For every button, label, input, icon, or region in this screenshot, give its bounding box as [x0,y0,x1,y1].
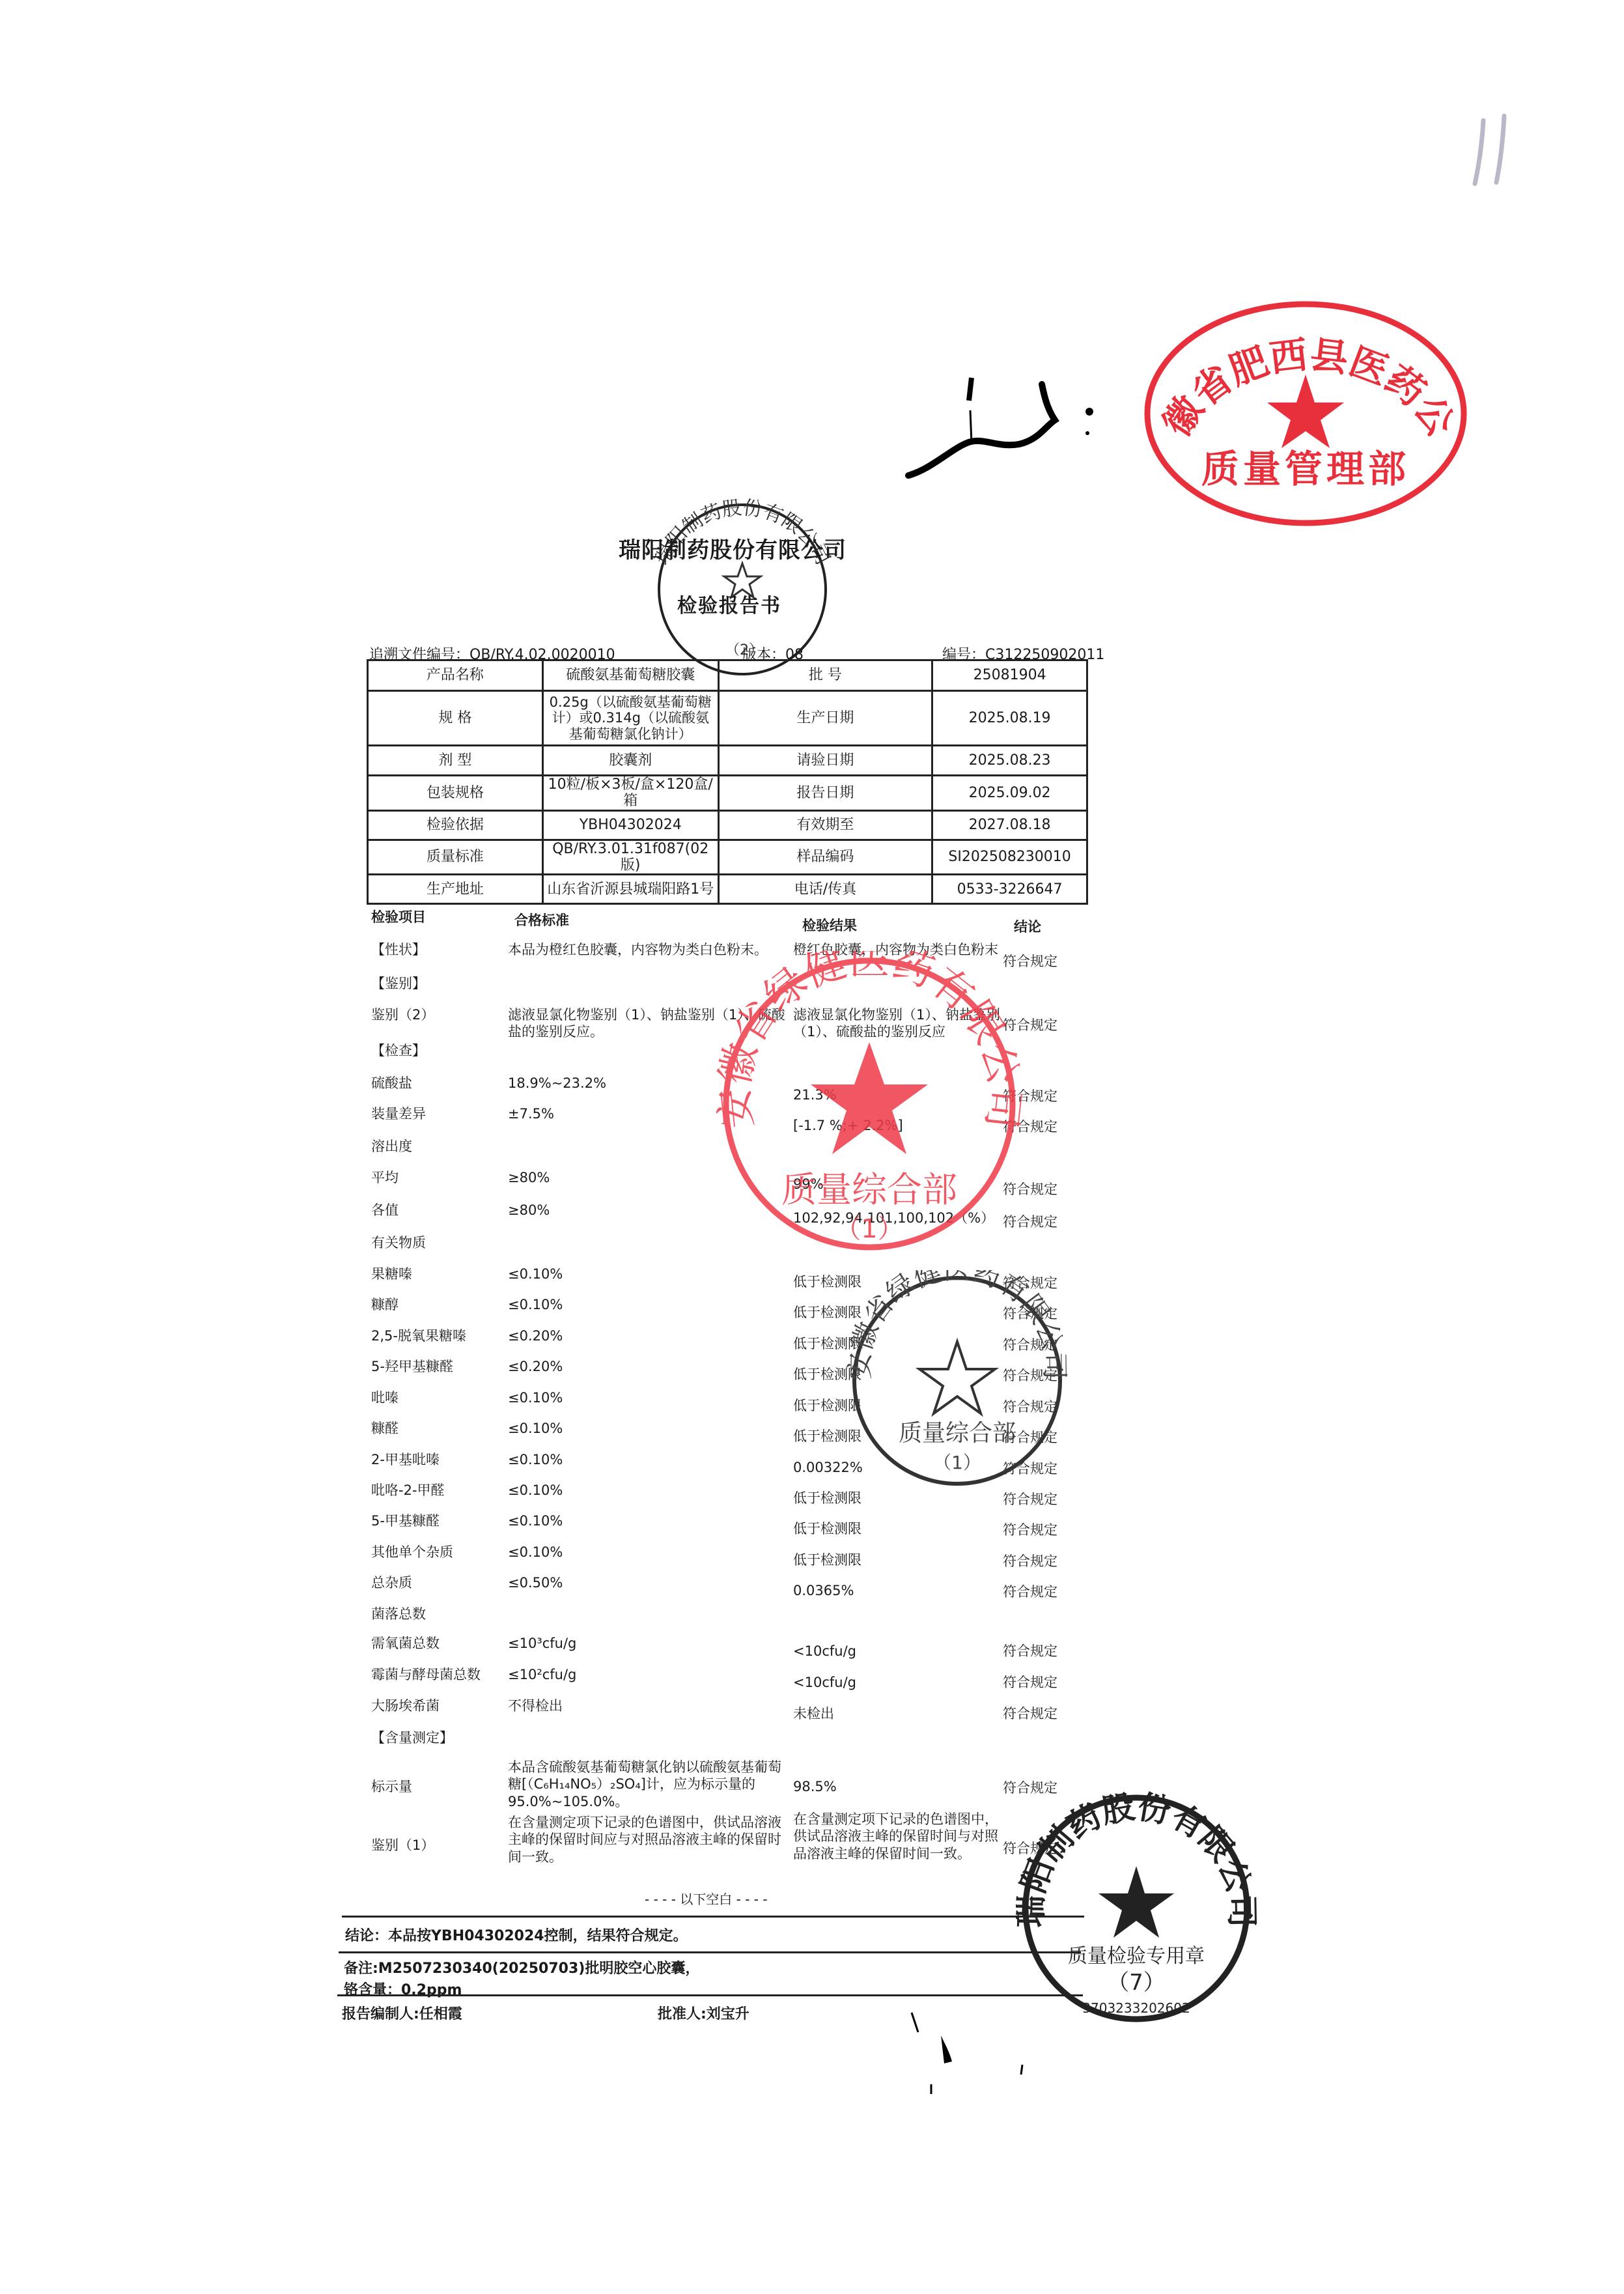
test-result: <10cfu/g [793,1674,1008,1691]
test-standard: 本品为橙红色胶囊，内容物为类白色粉末。 [508,941,788,958]
signature [905,371,1113,489]
test-item-name: 吡咯-2-甲醛 [371,1482,445,1499]
test-standard: ±7.5% [508,1105,788,1122]
test-item-name: 各值 [371,1202,399,1219]
svg-text:（7）: （7） [1107,1970,1166,1996]
test-conclusion: 符合规定 [1003,1583,1057,1600]
info-label: 规 格 [368,691,543,746]
info-value: 2025.08.19 [932,691,1087,746]
test-item-name: 溶出度 [371,1138,412,1155]
test-standard: ≤0.10% [508,1420,788,1437]
test-conclusion: 符合规定 [1003,1337,1057,1353]
test-conclusion: 符合规定 [1003,1643,1057,1660]
info-label: 批 号 [718,660,932,691]
info-label: 质量标准 [368,840,543,875]
company-name: 瑞阳制药股份有限公司 [619,532,847,564]
test-item-name: 【性状】 [371,941,426,958]
test-result: 21.3% [793,1086,1008,1103]
col-header-standard: 合格标准 [514,912,569,929]
test-item-name: 菌落总数 [371,1606,426,1622]
test-standard: 18.9%~23.2% [508,1075,788,1092]
divider [342,1916,1084,1918]
test-result: 滤液显氯化物鉴别（1）、钠盐鉴别（1）、硫酸盐的鉴别反应 [793,1006,1008,1041]
test-standard: ≤0.10% [508,1482,788,1499]
info-label: 有效期至 [718,810,932,840]
test-standard: 滤液显氯化物鉴别（1）、钠盐鉴别（1）、硫酸盐的鉴别反应。 [508,1006,788,1041]
test-conclusion: 符合规定 [1003,1779,1057,1796]
test-result: 低于检测限 [793,1490,1008,1507]
test-item-name: 【含量测定】 [371,1729,453,1746]
info-label: 报告日期 [718,776,932,811]
test-standard: ≤0.10% [508,1296,788,1313]
report-title: 检验报告书 [677,589,781,618]
info-label: 检验依据 [368,810,543,840]
test-item-name: 糠醇 [371,1296,399,1313]
test-item-name: 5-甲基糠醛 [371,1512,440,1529]
test-result: 橙红色胶囊，内容物为类白色粉末 [793,941,1008,958]
info-label: 生产地址 [368,875,543,904]
info-value: 山东省沂源县城瑞阳路1号 [542,875,718,904]
test-conclusion: 符合规定 [1003,1674,1057,1691]
info-value: 2025.09.02 [932,776,1087,811]
info-value: YBH04302024 [542,810,718,840]
test-standard: ≤0.10% [508,1512,788,1529]
test-standard: ≤0.10% [508,1266,788,1282]
info-row: 生产地址山东省沂源县城瑞阳路1号电话/传真0533-3226647 [368,875,1087,904]
test-conclusion: 符合规定 [1003,1305,1057,1322]
test-standard: ≤0.50% [508,1574,788,1591]
test-conclusion: 符合规定 [1003,1460,1057,1477]
test-item-name: 吡嗪 [371,1389,399,1406]
report-approver: 批准人:刘宝升 [658,2003,749,2023]
test-result: 102,92,94,101,100,102（%） [793,1210,1008,1226]
info-row: 检验依据YBH04302024有效期至2027.08.18 [368,810,1087,840]
info-value: 2027.08.18 [932,810,1087,840]
col-header-item: 检验项目 [371,909,426,926]
test-conclusion: 符合规定 [1003,1840,1057,1857]
divider [337,1994,1083,1996]
info-row: 产品名称硫酸氨基葡萄糖胶囊批 号25081904 [368,660,1087,691]
info-label: 剂 型 [368,746,543,776]
test-item-name: 总杂质 [371,1574,412,1591]
product-info-table: 产品名称硫酸氨基葡萄糖胶囊批 号25081904规 格0.25g（以硫酸氨基葡萄… [367,659,1088,905]
test-item-name: 有关物质 [371,1234,426,1251]
test-item-name: 装量差异 [371,1105,426,1122]
test-item-name: 大肠埃希菌 [371,1697,440,1714]
test-standard: ≤0.20% [508,1358,788,1375]
test-item-name: 需氧菌总数 [371,1635,440,1652]
svg-text:瑞阳制药股份有限公司: 瑞阳制药股份有限公司 [1016,1789,1257,1928]
test-conclusion: 符合规定 [1003,1118,1057,1135]
test-item-name: 5-羟甲基糠醛 [371,1358,453,1375]
test-item-name: 糠醛 [371,1420,399,1437]
test-item-name: 鉴别（2） [371,1006,434,1023]
blank-below-marker: - - - - 以下空白 - - - - [645,1889,768,1908]
stamp-hefei-quality: 安徽省肥西县医药公司 质量管理部 [1136,287,1475,534]
test-conclusion: 符合规定 [1003,1398,1057,1415]
test-result: 0.00322% [793,1459,1008,1476]
test-standard: ≥80% [508,1169,788,1186]
test-item-name: 果糖嗪 [371,1266,412,1282]
info-value: 2025.08.23 [932,746,1087,776]
test-result: <10cfu/g [793,1643,1008,1660]
svg-text:质量检验专用章: 质量检验专用章 [1068,1946,1205,1967]
test-conclusion: 符合规定 [1003,1275,1057,1292]
test-standard: ≤0.10% [508,1389,788,1406]
report-compiler: 报告编制人:任相霞 [342,2003,462,2023]
test-item-name: 标示量 [371,1778,412,1795]
info-row: 包装规格10粒/板×3板/盒×120盒/箱报告日期2025.09.02 [368,776,1087,811]
test-conclusion: 符合规定 [1003,1429,1057,1446]
test-standard: ≥80% [508,1202,788,1219]
test-result: 低于检测限 [793,1551,1008,1568]
info-label: 生产日期 [718,691,932,746]
test-item-name: 霉菌与酵母菌总数 [371,1666,481,1683]
info-label: 样品编码 [718,840,932,875]
test-conclusion: 符合规定 [1003,1181,1057,1198]
info-value: 10粒/板×3板/盒×120盒/箱 [542,776,718,811]
test-standard: ≤0.20% [508,1327,788,1344]
info-value: 0533-3226647 [932,875,1087,904]
test-result: 低于检测限 [793,1428,1008,1445]
test-result: 在含量测定项下记录的色谱图中，供试品溶液主峰的保留时间与对照品溶液主峰的保留时间… [793,1811,1008,1862]
test-conclusion: 符合规定 [1003,1367,1057,1384]
test-item-name: 【检查】 [371,1042,426,1059]
test-conclusion: 符合规定 [1003,953,1057,970]
test-result: 低于检测限 [793,1273,1008,1290]
info-value: 25081904 [932,660,1087,691]
test-standard: ≤0.10% [508,1544,788,1561]
test-result: 低于检测限 [793,1520,1008,1537]
test-item-name: 硫酸盐 [371,1075,412,1092]
test-item-name: 2,5-脱氧果糖嗪 [371,1327,466,1344]
info-label: 电话/传真 [718,875,932,904]
info-row: 质量标准QB/RY.3.01.31f087(02版)样品编码SI20250823… [368,840,1087,875]
stamp-ruiyang-quality-inspection: 瑞阳制药股份有限公司 质量检验专用章 （7） 3703233202602 [1016,1788,1257,2029]
test-conclusion: 符合规定 [1003,1017,1057,1034]
stray-marks [905,2006,1035,2104]
test-conclusion: 符合规定 [1003,1553,1057,1570]
test-standard: ≤10²cfu/g [508,1666,788,1683]
info-value: SI202508230010 [932,840,1087,875]
test-result: 低于检测限 [793,1397,1008,1414]
test-item-name: 鉴别（1） [371,1837,434,1854]
svg-text:质量管理部: 质量管理部 [1201,448,1410,490]
test-conclusion: 符合规定 [1003,1213,1057,1230]
test-result: 低于检测限 [793,1304,1008,1321]
test-result: 未检出 [793,1705,1008,1722]
info-value: 胶囊剂 [542,746,718,776]
svg-text:安徽省肥西县医药公司: 安徽省肥西县医药公司 [1136,287,1463,444]
test-result: 低于检测限 [793,1335,1008,1352]
info-label: 请验日期 [718,746,932,776]
info-value: 硫酸氨基葡萄糖胶囊 [542,660,718,691]
test-standard: 不得检出 [508,1697,788,1714]
info-label: 包装规格 [368,776,543,811]
test-item-name: 2-甲基吡嗪 [371,1451,440,1468]
conclusion-text: 结论：本品按YBH04302024控制，结果符合规定。 [345,1925,688,1945]
test-result: 99% [793,1176,1008,1193]
info-value: QB/RY.3.01.31f087(02版) [542,840,718,875]
svg-text:3703233202602: 3703233202602 [1082,2000,1190,2016]
svg-text:安徽省绿健医药有限公司: 安徽省绿健医药有限公司 [716,951,1022,1131]
test-result: 0.0365% [793,1582,1008,1599]
test-standard: 本品含硫酸氨基葡萄糖氯化钠以硫酸氨基葡萄糖[（C₆H₁₄NO₅）₂SO₄]计，应… [508,1759,788,1810]
test-conclusion: 符合规定 [1003,1491,1057,1508]
info-value: 0.25g（以硫酸氨基葡萄糖计）或0.314g（以硫酸氨基葡萄糖氯化钠计） [542,691,718,746]
test-conclusion: 符合规定 [1003,1705,1057,1722]
test-conclusion: 符合规定 [1003,1522,1057,1538]
remark-line-1: 备注:M2507230340(20250703)批明胶空心胶囊， [344,1957,699,1977]
info-row: 规 格0.25g（以硫酸氨基葡萄糖计）或0.314g（以硫酸氨基葡萄糖氯化钠计）… [368,691,1087,746]
test-result: 98.5% [793,1778,1008,1795]
col-header-conclusion: 结论 [1014,918,1041,935]
test-standard: ≤10³cfu/g [508,1635,788,1652]
test-standard: ≤0.10% [508,1451,788,1468]
test-conclusion: 符合规定 [1003,1088,1057,1105]
test-item-name: 平均 [371,1169,399,1186]
col-header-result: 检验结果 [802,917,857,934]
test-item-name: 其他单个杂质 [371,1544,453,1561]
info-label: 产品名称 [368,660,543,691]
divider [339,1951,1081,1953]
handwritten-mark [1465,111,1517,195]
test-standard: 在含量测定项下记录的色谱图中，供试品溶液主峰的保留时间应与对照品溶液主峰的保留时… [508,1814,788,1865]
test-result: [-1.7 %;+ 2.2%] [793,1117,1008,1134]
test-result: 低于检测限 [793,1366,1008,1383]
test-item-name: 【鉴别】 [371,975,426,992]
info-row: 剂 型胶囊剂请验日期2025.08.23 [368,746,1087,776]
